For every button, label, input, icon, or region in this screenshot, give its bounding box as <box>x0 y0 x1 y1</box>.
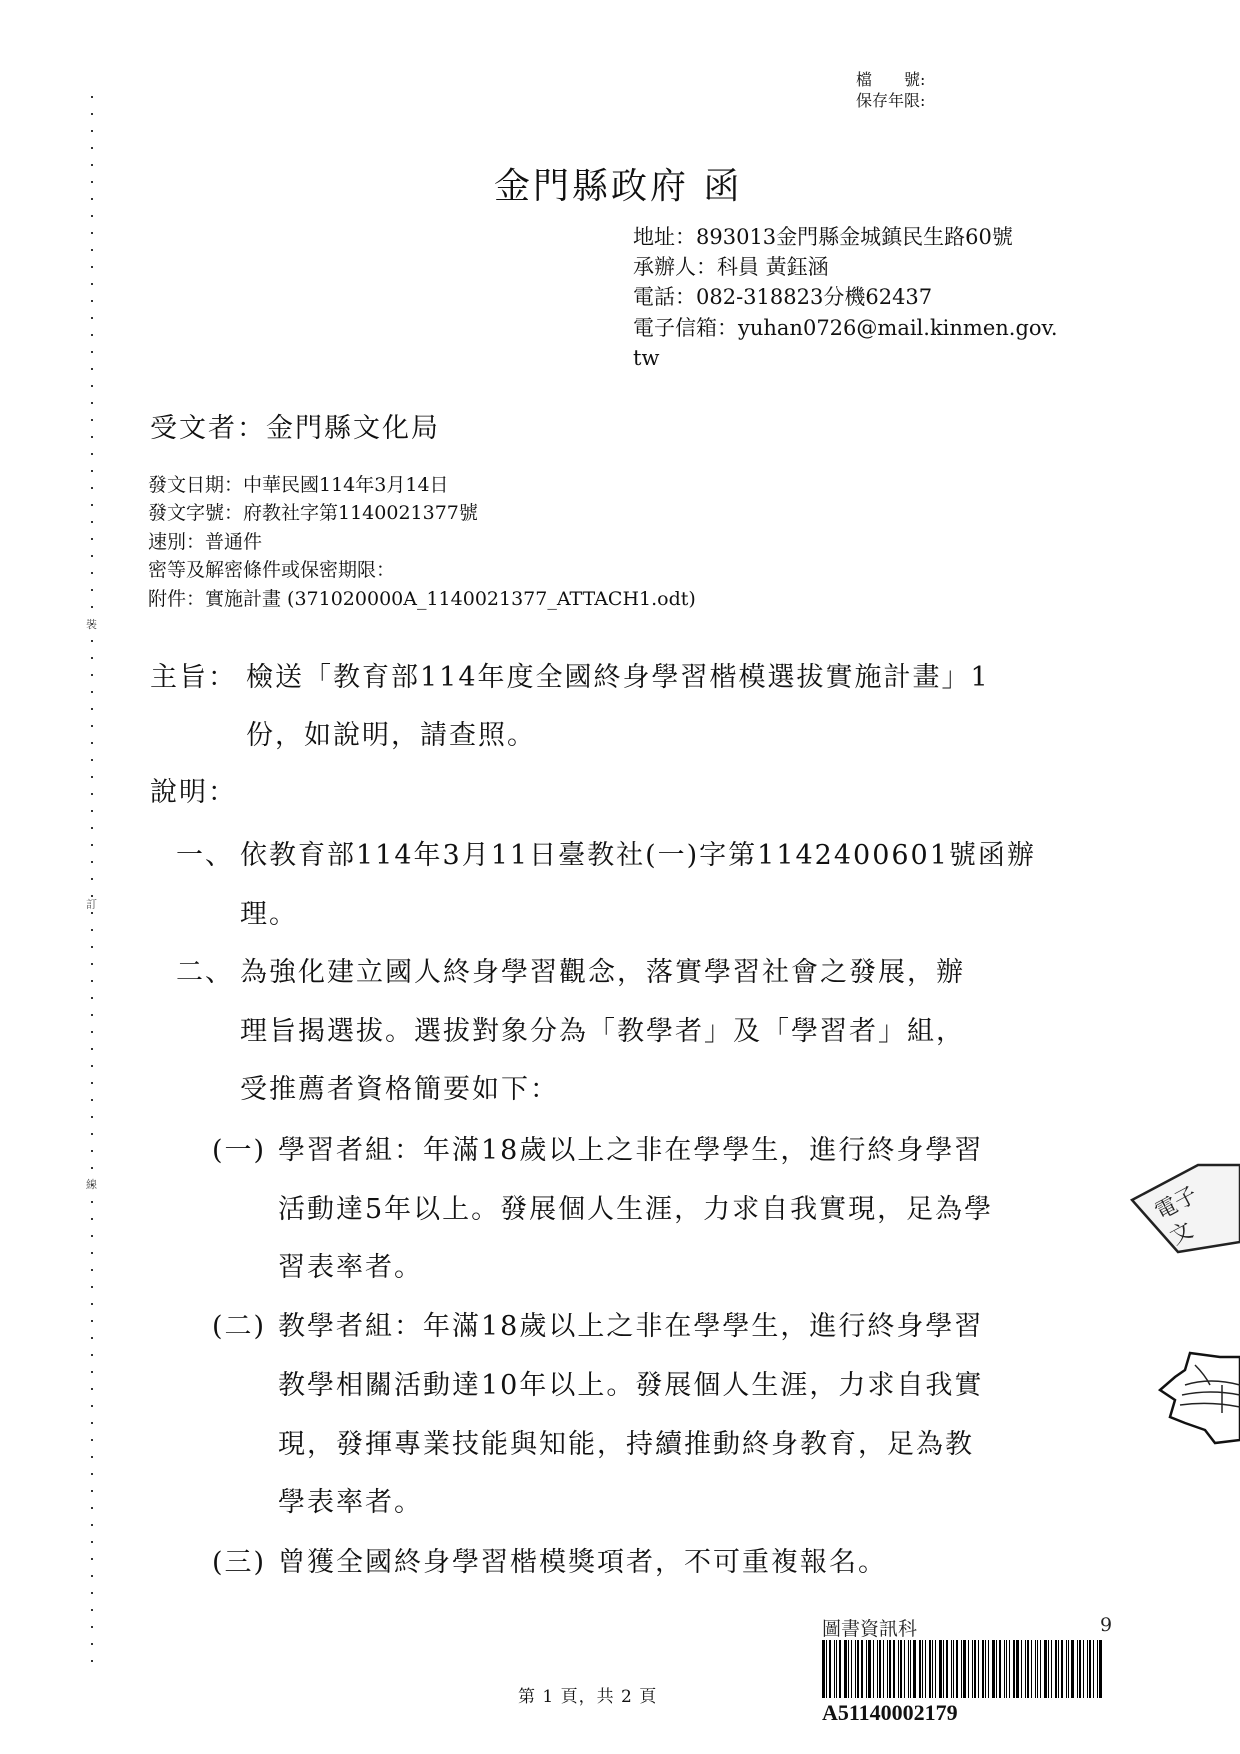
barcode-bar <box>988 1640 989 1698</box>
binding-dot <box>91 283 93 285</box>
binding-dot <box>91 232 93 234</box>
binding-dot <box>91 1303 93 1305</box>
barcode-bar <box>861 1640 863 1698</box>
binding-dot <box>91 759 93 761</box>
binding-dot <box>91 1167 93 1169</box>
binding-dot <box>91 1014 93 1016</box>
binding-dot <box>91 453 93 455</box>
barcode-bar <box>822 1640 825 1698</box>
barcode-bar <box>1051 1640 1052 1698</box>
binding-dot <box>91 1031 93 1033</box>
barcode-bar <box>951 1640 952 1698</box>
barcode-number: A51140002179 <box>822 1700 958 1726</box>
barcode-bar <box>961 1640 962 1698</box>
binding-dot <box>91 1558 93 1560</box>
subject-line: 份，如說明，請查照。 <box>246 713 536 752</box>
binding-dot <box>91 1609 93 1611</box>
document-number: 發文字號：府教社字第1140021377號 <box>148 501 478 526</box>
sub-item-marker: (三) <box>212 1540 266 1579</box>
sub-item-marker: (二) <box>212 1304 266 1343</box>
binding-dot <box>91 436 93 438</box>
binding-dot <box>91 725 93 727</box>
binding-dot <box>91 1643 93 1645</box>
barcode-bar <box>932 1640 933 1698</box>
sub-item-line: 習表率者。 <box>278 1245 423 1284</box>
binding-dot <box>91 708 93 710</box>
barcode-bar <box>898 1640 899 1698</box>
barcode-bar <box>1071 1640 1074 1698</box>
binding-dot <box>91 929 93 931</box>
page-indicator: 第 1 頁，共 2 頁 <box>518 1682 657 1707</box>
explanation-label: 說明： <box>150 770 237 809</box>
binding-dot <box>91 1660 93 1662</box>
barcode-bar <box>1004 1640 1005 1698</box>
binding-dot <box>91 470 93 472</box>
binding-dot <box>91 1405 93 1407</box>
barcode-bar <box>826 1640 827 1698</box>
binding-dot <box>91 538 93 540</box>
recipient: 受文者：金門縣文化局 <box>150 406 440 445</box>
barcode-bar <box>848 1640 849 1698</box>
binding-dot <box>91 419 93 421</box>
barcode-bar <box>1099 1640 1102 1698</box>
barcode-bar <box>1027 1640 1029 1698</box>
item-line: 理旨揭選拔。選拔對象分為「教學者」及「學習者」組， <box>240 1009 965 1048</box>
barcode-bar <box>1013 1640 1015 1698</box>
binding-dot <box>91 1082 93 1084</box>
barcode-bar <box>943 1640 944 1698</box>
barcode-bar <box>900 1640 902 1698</box>
barcode-bar <box>1079 1640 1081 1698</box>
barcode-bar <box>839 1640 841 1698</box>
barcode-bar <box>1068 1640 1069 1698</box>
barcode-bar <box>1083 1640 1084 1698</box>
item-marker: 二、 <box>176 950 234 989</box>
barcode-bar <box>851 1640 852 1698</box>
sub-item-line: 現，發揮專業技能與知能，持續推動終身教育，足為教 <box>278 1422 974 1461</box>
binding-dot <box>91 317 93 319</box>
binding-dot <box>91 198 93 200</box>
binding-dot <box>91 827 93 829</box>
barcode-icon <box>822 1640 1104 1698</box>
binding-dot <box>91 640 93 642</box>
binding-dot <box>91 572 93 574</box>
barcode-bar <box>929 1640 931 1698</box>
item-line: 受推薦者資格簡要如下： <box>240 1067 559 1106</box>
barcode-bar <box>913 1640 916 1698</box>
sender-phone: 電話：082-318823分機62437 <box>633 282 932 312</box>
barcode-bar <box>873 1640 874 1698</box>
binding-dot <box>91 1235 93 1237</box>
binding-dot <box>91 878 93 880</box>
binding-dot <box>91 113 93 115</box>
sub-item-marker: (一) <box>212 1128 266 1167</box>
barcode-bar <box>1025 1640 1026 1698</box>
sub-item-line: 活動達5年以上。發展個人生涯，力求自我實現，足為學 <box>278 1187 993 1226</box>
binding-dot <box>91 946 93 948</box>
barcode-bar <box>893 1640 896 1698</box>
barcode-bar <box>1037 1640 1039 1698</box>
binding-dot <box>91 657 93 659</box>
barcode-bar <box>836 1640 837 1698</box>
barcode-bar <box>834 1640 835 1698</box>
barcode-bar <box>887 1640 888 1698</box>
barcode-bar <box>925 1640 926 1698</box>
barcode-bar <box>857 1640 859 1698</box>
binding-dot <box>91 300 93 302</box>
barcode-bar <box>1077 1640 1078 1698</box>
barcode-bar <box>1006 1640 1007 1698</box>
binding-line: 裝訂線 <box>88 96 100 1676</box>
barcode-bar <box>1040 1640 1041 1698</box>
binding-mark: 裝 <box>86 616 97 632</box>
barcode-bar <box>992 1640 995 1698</box>
barcode-bar <box>972 1640 973 1698</box>
confidentiality: 密等及解密條件或保密期限： <box>148 558 395 583</box>
binding-mark: 線 <box>86 1176 97 1192</box>
binding-dot <box>91 1371 93 1373</box>
barcode-bar <box>904 1640 905 1698</box>
binding-dot <box>91 844 93 846</box>
binding-dot <box>91 912 93 914</box>
binding-dot <box>91 1269 93 1271</box>
barcode-bar <box>868 1640 871 1698</box>
binding-dot <box>91 555 93 557</box>
binding-dot <box>91 674 93 676</box>
barcode-bar <box>1097 1640 1098 1698</box>
barcode-count: 9 <box>1100 1614 1112 1636</box>
binding-dot <box>91 487 93 489</box>
seal-fragment-icon <box>1150 1345 1240 1450</box>
barcode-bar <box>1031 1640 1032 1698</box>
barcode-bar <box>1058 1640 1059 1698</box>
binding-dot <box>91 742 93 744</box>
binding-dot <box>91 385 93 387</box>
barcode-bar <box>1061 1640 1063 1698</box>
barcode-bar <box>935 1640 936 1698</box>
sub-item-line: 曾獲全國終身學習楷模獎項者，不可重複報名。 <box>278 1540 887 1579</box>
binding-dot <box>91 1337 93 1339</box>
binding-dot <box>91 1201 93 1203</box>
binding-dot <box>91 1592 93 1594</box>
barcode-bar <box>1066 1640 1067 1698</box>
barcode-bar <box>1093 1640 1094 1698</box>
binding-dot <box>91 793 93 795</box>
binding-dot <box>91 1150 93 1152</box>
binding-dot <box>91 1626 93 1628</box>
barcode-bar <box>1035 1640 1036 1698</box>
item-line: 為強化建立國人終身學習觀念，落實學習社會之發展，辦 <box>240 950 965 989</box>
binding-dot <box>91 521 93 523</box>
binding-mark: 訂 <box>86 896 97 912</box>
barcode-bar <box>939 1640 942 1698</box>
binding-dot <box>91 691 93 693</box>
binding-dot <box>91 606 93 608</box>
binding-dot <box>91 504 93 506</box>
binding-dot <box>91 1286 93 1288</box>
item-marker: 一、 <box>176 833 234 872</box>
binding-dot <box>91 963 93 965</box>
binding-dot <box>91 1099 93 1101</box>
issue-date: 發文日期：中華民國114年3月14日 <box>148 473 449 498</box>
item-line: 理。 <box>240 892 298 931</box>
barcode-bar <box>982 1640 984 1698</box>
binding-dot <box>91 351 93 353</box>
binding-dot <box>91 266 93 268</box>
barcode-bar <box>968 1640 969 1698</box>
sender-email: 電子信箱：yuhan0726@mail.kinmen.gov. <box>633 313 1058 343</box>
barcode-bar <box>883 1640 884 1698</box>
binding-dot <box>91 147 93 149</box>
retention-period-label: 保存年限: <box>856 91 925 111</box>
barcode-bar <box>974 1640 976 1698</box>
binding-dot <box>91 1252 93 1254</box>
binding-dot <box>91 1575 93 1577</box>
barcode-bar <box>996 1640 997 1698</box>
binding-dot <box>91 1507 93 1509</box>
sender-address: 地址：893013金門縣金城鎮民生路60號 <box>633 222 1013 252</box>
barcode-bar <box>1009 1640 1010 1698</box>
binding-dot <box>91 1422 93 1424</box>
binding-dot <box>91 1439 93 1441</box>
binding-dot <box>91 1048 93 1050</box>
barcode-bar <box>1021 1640 1022 1698</box>
barcode-bar <box>963 1640 966 1698</box>
binding-dot <box>91 810 93 812</box>
binding-dot <box>91 164 93 166</box>
binding-dot <box>91 96 93 98</box>
binding-dot <box>91 368 93 370</box>
barcode-bar <box>855 1640 856 1698</box>
barcode-bar <box>1016 1640 1019 1698</box>
barcode-bar <box>877 1640 878 1698</box>
item-line: 依教育部114年3月11日臺教社(一)字第1142400601號函辦 <box>240 833 1036 872</box>
barcode-bar <box>908 1640 909 1698</box>
binding-dot <box>91 215 93 217</box>
binding-dot <box>91 776 93 778</box>
sender-email-continued: tw <box>633 343 659 373</box>
binding-dot <box>91 1065 93 1067</box>
subject-label: 主旨： <box>150 655 237 694</box>
binding-dot <box>91 249 93 251</box>
binding-dot <box>91 997 93 999</box>
file-number-label: 檔 號: <box>856 70 925 90</box>
binding-dot <box>91 1490 93 1492</box>
barcode-bar <box>1055 1640 1057 1698</box>
barcode-bar <box>829 1640 831 1698</box>
barcode-bar <box>844 1640 847 1698</box>
barcode-bar <box>1044 1640 1047 1698</box>
barcode-bar <box>910 1640 911 1698</box>
binding-dot <box>91 130 93 132</box>
barcode-bar <box>985 1640 986 1698</box>
binding-dot <box>91 1320 93 1322</box>
binding-dot <box>91 334 93 336</box>
barcode-bar <box>1087 1640 1088 1698</box>
binding-dot <box>91 1524 93 1526</box>
binding-dot <box>91 980 93 982</box>
barcode-bar <box>999 1640 1001 1698</box>
binding-dot <box>91 1473 93 1475</box>
barcode-bar <box>922 1640 923 1698</box>
binding-dot <box>91 402 93 404</box>
binding-dot <box>91 1116 93 1118</box>
binding-dot <box>91 1388 93 1390</box>
barcode-bar <box>978 1640 979 1698</box>
document-title: 金門縣政府 函 <box>494 158 742 209</box>
electronic-exchange-stamp-icon: 電子 文 <box>1130 1160 1240 1255</box>
binding-dot <box>91 1456 93 1458</box>
subject-line: 檢送「教育部114年度全國終身學習楷模選拔實施計畫」1 <box>246 655 990 694</box>
binding-dot <box>91 181 93 183</box>
sub-item-line: 學表率者。 <box>278 1480 423 1519</box>
binding-dot <box>91 1218 93 1220</box>
barcode-bar <box>879 1640 881 1698</box>
barcode-bar <box>1089 1640 1091 1698</box>
sub-item-line: 教學者組：年滿18歲以上之非在學學生，進行終身學習 <box>278 1304 983 1343</box>
delivery-speed: 速別：普通件 <box>148 530 262 555</box>
barcode-bar <box>956 1640 958 1698</box>
barcode-bar <box>919 1640 921 1698</box>
barcode-bar <box>953 1640 954 1698</box>
attachment-link[interactable]: 附件：實施計畫 (371020000A_1140021377_ATTACH1.o… <box>148 587 696 612</box>
binding-dot <box>91 1133 93 1135</box>
sub-item-line: 學習者組：年滿18歲以上之非在學學生，進行終身學習 <box>278 1128 983 1167</box>
binding-dot <box>91 1354 93 1356</box>
sub-item-line: 教學相關活動達10年以上。發展個人生涯，力求自我實 <box>278 1363 983 1402</box>
barcode-bar <box>1048 1640 1049 1698</box>
binding-dot <box>91 589 93 591</box>
barcode-bar <box>866 1640 867 1698</box>
binding-dot <box>91 1541 93 1543</box>
binding-dot <box>91 861 93 863</box>
barcode-department: 圖書資訊科 <box>822 1614 917 1641</box>
barcode-bar <box>889 1640 891 1698</box>
sender-contact: 承辦人：科員 黃鈺涵 <box>633 252 829 282</box>
barcode-bar <box>946 1640 948 1698</box>
